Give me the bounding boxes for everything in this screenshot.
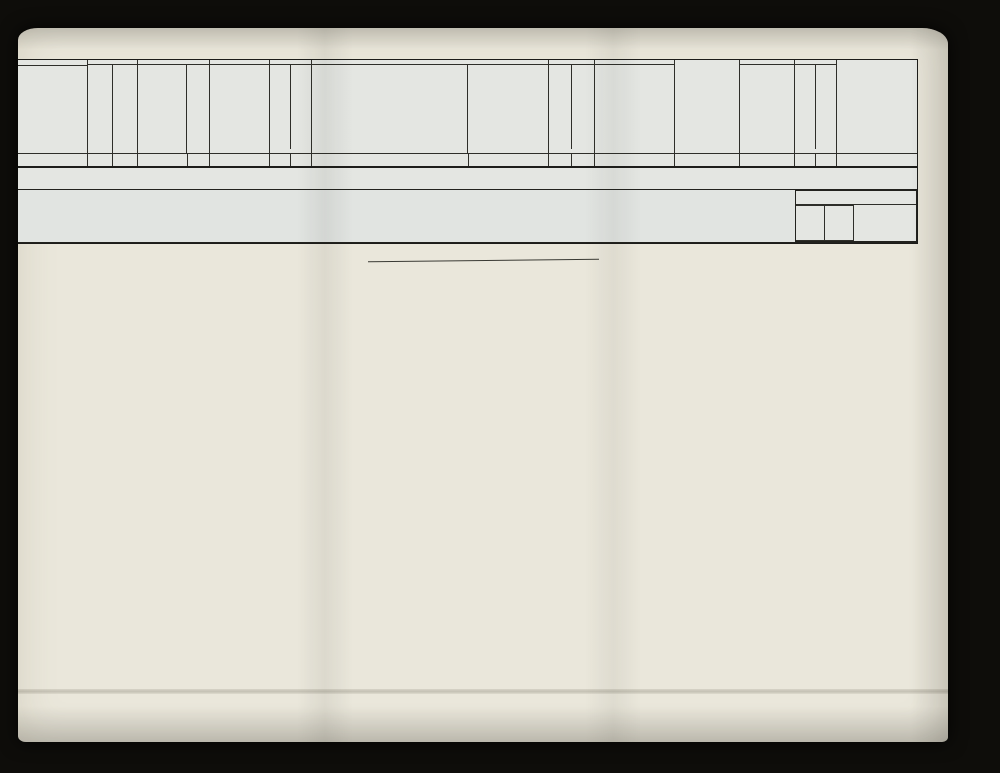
column-relazione xyxy=(18,60,88,166)
dove-title xyxy=(796,191,916,205)
column-stranieri xyxy=(675,60,740,166)
declaration-line xyxy=(18,251,948,261)
paper-fold-crease xyxy=(18,689,948,694)
condizione-desc12 xyxy=(312,65,467,153)
stranieri-desc xyxy=(675,66,739,153)
col-num-18 xyxy=(740,154,794,166)
census-sheet xyxy=(18,28,948,742)
column-dimora xyxy=(795,60,837,166)
dove-nota xyxy=(796,240,853,241)
column-istruzione xyxy=(270,60,312,166)
absent-band xyxy=(18,190,917,242)
col-num-14 xyxy=(549,154,571,166)
legal-notice xyxy=(18,28,948,48)
stato-desc xyxy=(210,65,269,153)
col-num-7 xyxy=(138,154,187,166)
table-header xyxy=(18,60,917,168)
col-num-8 xyxy=(187,154,209,166)
column-stato-civile xyxy=(210,60,270,166)
col-num-15 xyxy=(571,154,594,166)
present-persons-caption xyxy=(18,168,917,190)
col-num-11 xyxy=(290,154,311,166)
col-num-16 xyxy=(595,154,674,166)
chinon-desc xyxy=(837,65,917,153)
col-num-13 xyxy=(468,154,549,166)
col-num-17 xyxy=(675,154,739,166)
luogo-desc xyxy=(595,65,674,153)
col-num-21 xyxy=(837,154,917,166)
column-chi-non-esercita xyxy=(837,60,917,166)
census-table xyxy=(18,59,918,244)
col-num-19 xyxy=(795,154,815,166)
column-possiede xyxy=(549,60,595,166)
col-num-9 xyxy=(210,154,269,166)
col-num-6 xyxy=(112,154,137,166)
col-num-10 xyxy=(270,154,290,166)
eta-anno-desc xyxy=(138,65,187,153)
infermita-desc xyxy=(740,65,794,153)
col-num-20 xyxy=(815,154,836,166)
absent-rows xyxy=(18,242,917,243)
dove-estero xyxy=(854,205,916,241)
column-sesso xyxy=(88,60,138,166)
column-eta xyxy=(138,60,210,166)
column-infermita xyxy=(740,60,795,166)
dove-altro-comune xyxy=(824,206,853,240)
head-of-family-signature xyxy=(368,259,599,262)
column-condizione xyxy=(312,60,550,166)
column-luogo-nascita xyxy=(595,60,675,166)
col-num-4 xyxy=(18,154,87,166)
col-num-5 xyxy=(88,154,112,166)
dove-questo-comune xyxy=(796,206,824,240)
col-num-12 xyxy=(312,154,468,166)
absent-location-box xyxy=(795,190,917,242)
relazione-desc xyxy=(18,66,87,153)
